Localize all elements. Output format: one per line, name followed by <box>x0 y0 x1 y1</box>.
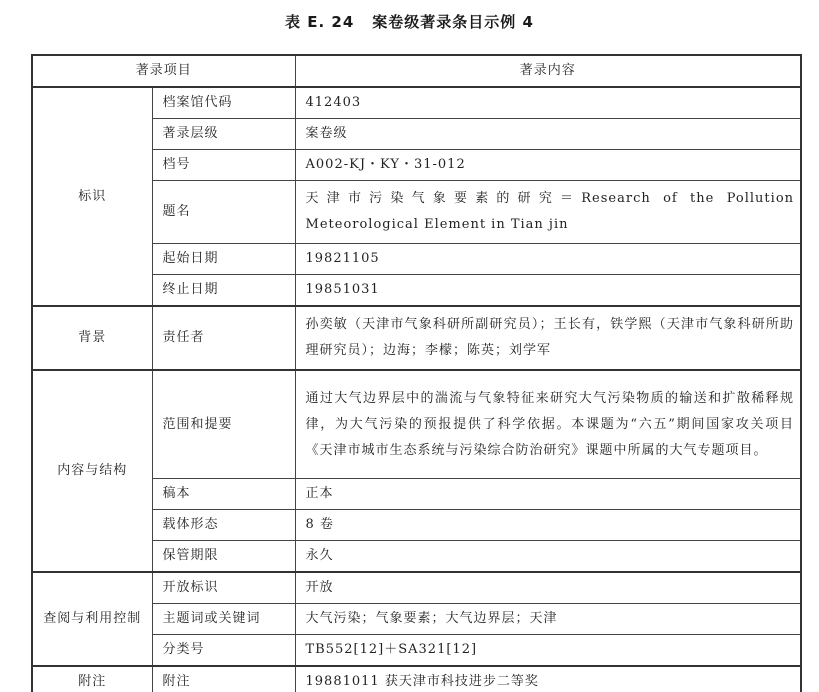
item-label: 开放标识 <box>152 572 295 604</box>
table-row: 查阅与利用控制 开放标识 开放 <box>32 572 801 604</box>
item-value: 19821105 <box>295 244 801 275</box>
item-value: TB552[12]＋SA321[12] <box>295 635 801 667</box>
table-number: 表 E. 24 <box>285 13 354 31</box>
item-value: 开放 <box>295 572 801 604</box>
item-value: A002-KJ・KY・31-012 <box>295 150 801 181</box>
table-header-row: 著录项目 著录内容 <box>32 55 801 87</box>
item-value: 通过大气边界层中的湍流与气象特征来研究大气污染物质的输送和扩散稀释规律，为大气污… <box>295 370 801 479</box>
table-row: 背景 责任者 孙奕敏（天津市气象科研所副研究员）；王长有，铁学熙（天津市气象科研… <box>32 306 801 370</box>
item-label: 题名 <box>152 181 295 244</box>
table-row: 内容与结构 范围和提要 通过大气边界层中的湍流与气象特征来研究大气污染物质的输送… <box>32 370 801 479</box>
item-label: 档号 <box>152 150 295 181</box>
item-value: 案卷级 <box>295 119 801 150</box>
header-content: 著录内容 <box>295 55 801 87</box>
item-value: 大气污染；气象要素；大气边界层；天津 <box>295 604 801 635</box>
table-row: 附注 附注 19881011 获天津市科技进步二等奖 <box>32 666 801 692</box>
item-label: 稿本 <box>152 479 295 510</box>
item-label: 主题词或关键词 <box>152 604 295 635</box>
item-label: 附注 <box>152 666 295 692</box>
table-title: 案卷级著录条目示例 4 <box>372 13 534 31</box>
item-label: 起始日期 <box>152 244 295 275</box>
item-label: 范围和提要 <box>152 370 295 479</box>
catalog-entry-table: 著录项目 著录内容 标识 档案馆代码 412403 著录层级 案卷级 档号 A0… <box>31 54 802 692</box>
item-value: 19881011 获天津市科技进步二等奖 <box>295 666 801 692</box>
item-label: 载体形态 <box>152 510 295 541</box>
item-value: 8 卷 <box>295 510 801 541</box>
item-value: 正本 <box>295 479 801 510</box>
item-value: 永久 <box>295 541 801 573</box>
item-label: 著录层级 <box>152 119 295 150</box>
group-background: 背景 <box>32 306 152 370</box>
item-value: 孙奕敏（天津市气象科研所副研究员）；王长有，铁学熙（天津市气象科研所助理研究员）… <box>295 306 801 370</box>
group-access-control: 查阅与利用控制 <box>32 572 152 666</box>
item-label: 责任者 <box>152 306 295 370</box>
item-label: 分类号 <box>152 635 295 667</box>
item-value: 天津市污染气象要素的研究＝Research of the Pollution M… <box>295 181 801 244</box>
header-item: 著录项目 <box>32 55 295 87</box>
group-identification: 标识 <box>32 87 152 306</box>
table-row: 标识 档案馆代码 412403 <box>32 87 801 119</box>
group-notes: 附注 <box>32 666 152 692</box>
item-value: 412403 <box>295 87 801 119</box>
item-label: 终止日期 <box>152 275 295 307</box>
item-label: 档案馆代码 <box>152 87 295 119</box>
item-value: 19851031 <box>295 275 801 307</box>
group-content-structure: 内容与结构 <box>32 370 152 572</box>
table-caption: 表 E. 24案卷级著录条目示例 4 <box>0 11 819 32</box>
item-label: 保管期限 <box>152 541 295 573</box>
